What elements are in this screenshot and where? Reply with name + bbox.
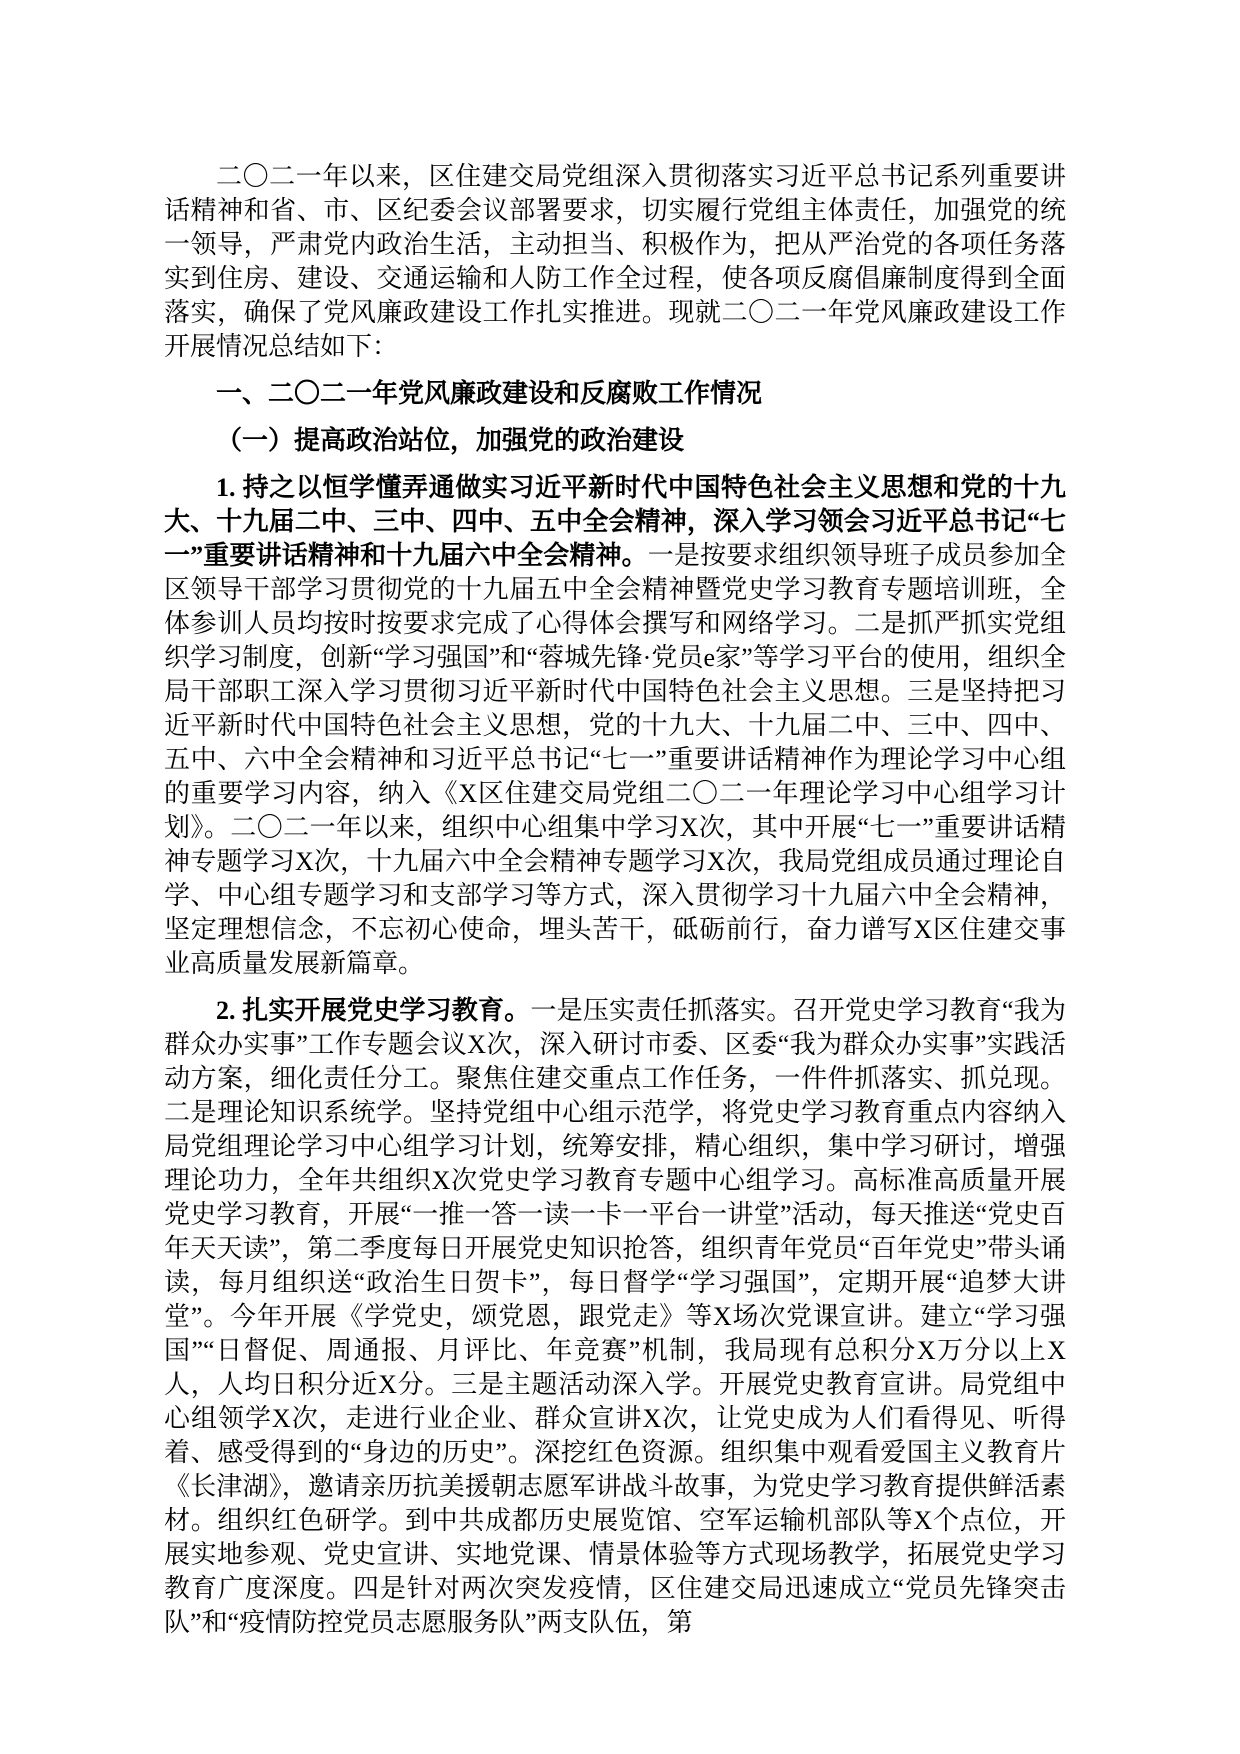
item-2-body-text: 一是压实责任抓落实。召开党史学习教育“我为群众办实事”工作专题会议X次，深入研讨…	[164, 996, 1066, 1637]
intro-paragraph: 二〇二一年以来，区住建交局党组深入贯彻落实习近平总书记系列重要讲话精神和省、市、…	[164, 160, 1066, 364]
section-1-heading: 一、二〇二一年党风廉政建设和反腐败工作情况	[164, 377, 1066, 411]
item-2-bold-lead: 2. 扎实开展党史学习教育。	[216, 996, 530, 1025]
item-1-body-text: 一是按要求组织领导班子成员参加全区领导干部学习贯彻党的十九届五中全会精神暨党史学…	[164, 541, 1066, 978]
item-1-paragraph: 1. 持之以恒学懂弄通做实习近平新时代中国特色社会主义思想和党的十九大、十九届二…	[164, 471, 1066, 981]
document-page: 二〇二一年以来，区住建交局党组深入贯彻落实习近平总书记系列重要讲话精神和省、市、…	[0, 0, 1240, 1754]
item-2-paragraph: 2. 扎实开展党史学习教育。一是压实责任抓落实。召开党史学习教育“我为群众办实事…	[164, 994, 1066, 1640]
subsection-1-heading: （一）提高政治站位，加强党的政治建设	[164, 424, 1066, 458]
